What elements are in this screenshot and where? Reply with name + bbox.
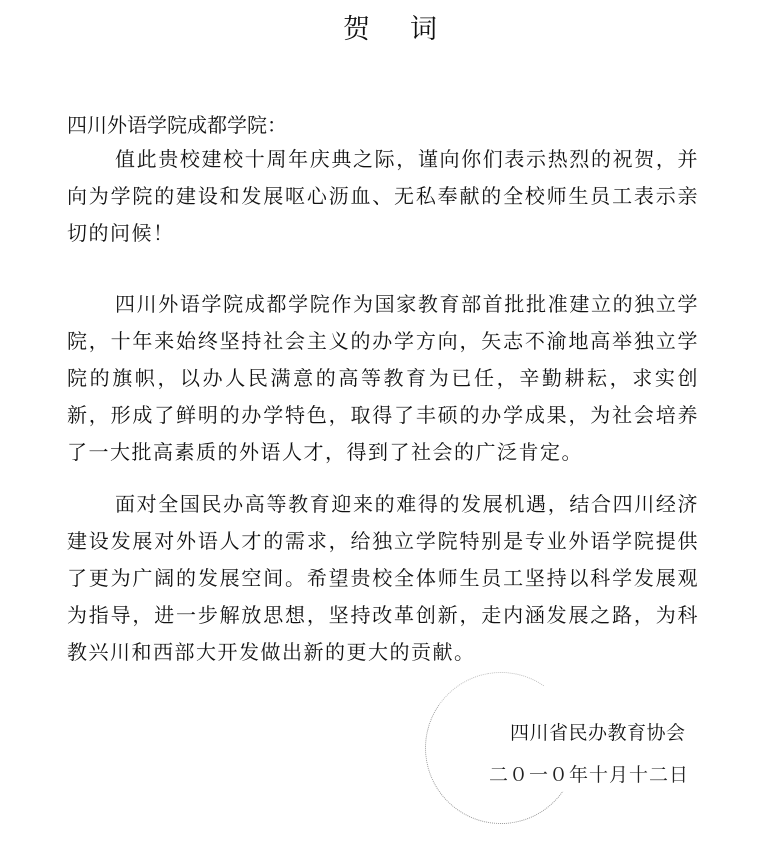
title-char-1: 贺 [343, 10, 410, 50]
congratulatory-letter-page: 贺词 四川外语学院成都学院： 值此贵校建校十周年庆典之际，谨向你们表示热烈的祝贺… [0, 0, 780, 849]
seal-stamp-icon [413, 660, 589, 836]
paragraph-1: 值此贵校建校十周年庆典之际，谨向你们表示热烈的祝贺，并向为学院的建设和发展呕心沥… [67, 141, 699, 252]
salutation: 四川外语学院成都学院： [67, 110, 287, 140]
signature-date: 二０一０年十月十二日 [489, 760, 689, 790]
paragraph-2: 四川外语学院成都学院作为国家教育部首批批准建立的独立学院，十年来始终坚持社会主义… [67, 286, 699, 471]
letter-title: 贺词 [0, 10, 780, 50]
title-char-2: 词 [410, 10, 477, 50]
paragraph-3: 面对全国民办高等教育迎来的难得的发展机遇，结合四川经济建设发展对外语人才的需求，… [67, 486, 699, 671]
signature-organization: 四川省民办教育协会 [510, 718, 686, 748]
